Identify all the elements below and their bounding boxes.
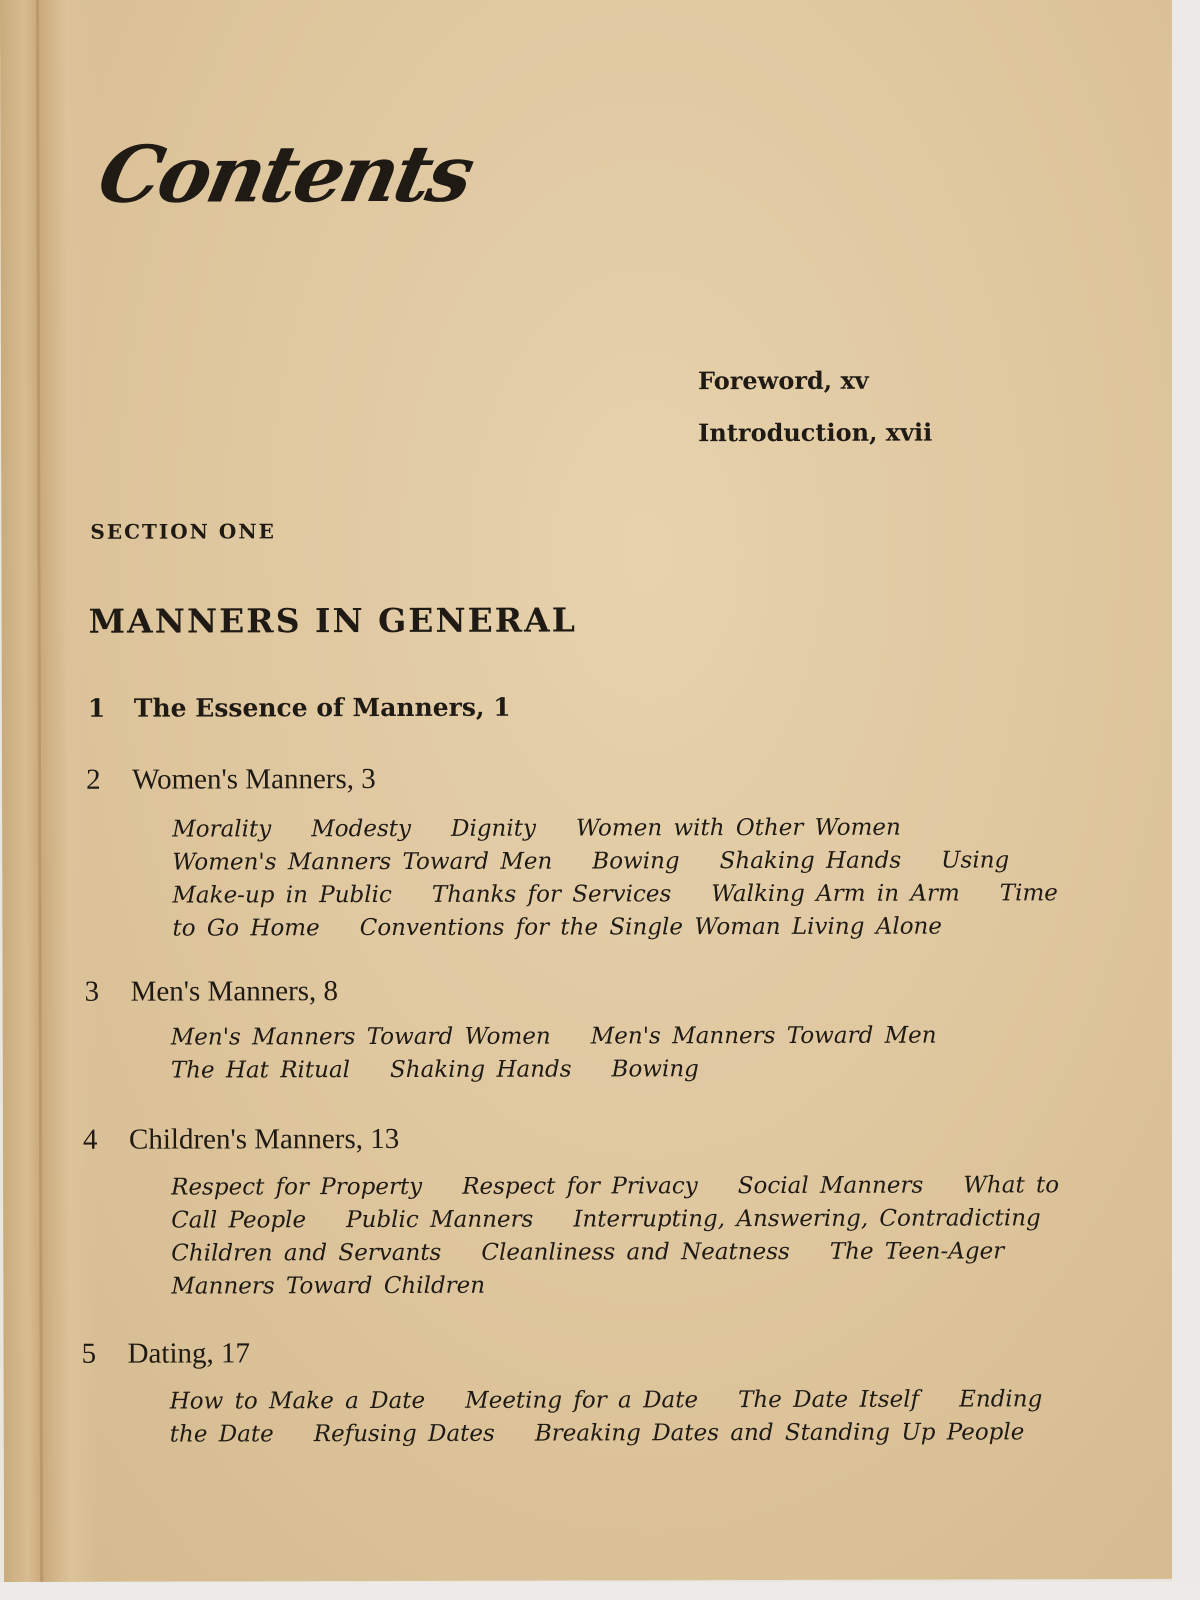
topic: Thanks for Services bbox=[432, 881, 671, 908]
toc-foreword: Foreword, xv bbox=[698, 366, 869, 395]
topic: to Go Home bbox=[172, 915, 319, 941]
chapter-number: 4 bbox=[83, 1124, 129, 1157]
topic: The Teen-Ager bbox=[830, 1238, 1004, 1264]
section-label: SECTION ONE bbox=[90, 519, 276, 543]
topic: Call People bbox=[171, 1207, 306, 1233]
topic: Meeting for a Date bbox=[465, 1387, 698, 1414]
topic: Dignity bbox=[451, 816, 536, 842]
chapter-3-topics: Men's Manners Toward WomenMen's Manners … bbox=[171, 1019, 977, 1087]
topic: the Date bbox=[170, 1421, 274, 1447]
topic: Bowing bbox=[612, 1056, 699, 1082]
chapter-1: 1The Essence of Manners, 1 bbox=[88, 693, 511, 723]
topic: Refusing Dates bbox=[314, 1421, 495, 1447]
topic: Interrupting, Answering, Contradicting bbox=[573, 1205, 1040, 1232]
chapter-number: 2 bbox=[86, 764, 132, 797]
topic: Shaking Hands bbox=[390, 1057, 572, 1083]
topic: Using bbox=[941, 847, 1009, 873]
background-surface-bottom bbox=[0, 1582, 1200, 1600]
topic: What to bbox=[963, 1172, 1059, 1198]
chapter-title: Children's Manners, 13 bbox=[129, 1123, 399, 1156]
topic: The Date Itself bbox=[738, 1387, 919, 1413]
chapter-number: 3 bbox=[85, 976, 131, 1009]
chapter-title: Men's Manners, 8 bbox=[131, 975, 338, 1008]
background-surface bbox=[1172, 0, 1200, 1600]
topic: Walking Arm in Arm bbox=[711, 880, 960, 907]
topic: Bowing bbox=[592, 848, 679, 874]
topic: Women's Manners Toward Men bbox=[172, 849, 552, 876]
topic: Women with Other Women bbox=[576, 815, 901, 842]
chapter-2-topics: MoralityModestyDignityWomen with Other W… bbox=[172, 811, 1098, 945]
chapter-4-topics: Respect for PropertyRespect for PrivacyS… bbox=[171, 1169, 1099, 1303]
chapter-title: Women's Manners, 3 bbox=[132, 763, 376, 796]
chapter-5-topics: How to Make a DateMeeting for a DateThe … bbox=[170, 1383, 1083, 1451]
chapter-number: 1 bbox=[88, 694, 134, 723]
topic: Cleanliness and Neatness bbox=[481, 1239, 790, 1266]
topic: Respect for Property bbox=[171, 1174, 422, 1201]
section-title: MANNERS IN GENERAL bbox=[89, 600, 577, 640]
chapter-3: 3Men's Manners, 8 bbox=[85, 975, 338, 1009]
page-title: Contents bbox=[91, 129, 479, 221]
topic: Children and Servants bbox=[171, 1240, 441, 1267]
topic: Time bbox=[1000, 880, 1058, 906]
chapter-5: 5Dating, 17 bbox=[82, 1337, 251, 1370]
book-page: Contents Foreword, xv Introduction, xvii… bbox=[0, 0, 1176, 1582]
topic: Modesty bbox=[311, 816, 411, 842]
topic: Men's Manners Toward Men bbox=[591, 1023, 937, 1050]
chapter-number: 5 bbox=[82, 1338, 128, 1371]
chapter-title: The Essence of Manners, 1 bbox=[134, 693, 511, 723]
chapter-title: Dating, 17 bbox=[128, 1337, 251, 1369]
topic: Respect for Privacy bbox=[462, 1173, 698, 1200]
topic: Morality bbox=[172, 816, 271, 842]
topic: Manners Toward Children bbox=[171, 1273, 485, 1300]
toc-introduction: Introduction, xvii bbox=[698, 418, 932, 448]
chapter-4: 4Children's Manners, 13 bbox=[83, 1123, 399, 1157]
topic: Social Manners bbox=[738, 1173, 924, 1199]
topic: Ending bbox=[959, 1386, 1042, 1412]
topic: How to Make a Date bbox=[170, 1388, 426, 1415]
chapter-2: 2Women's Manners, 3 bbox=[86, 763, 376, 797]
topic: Breaking Dates and Standing Up People bbox=[535, 1419, 1025, 1446]
topic: The Hat Ritual bbox=[171, 1057, 350, 1083]
topic: Conventions for the Single Woman Living … bbox=[360, 914, 942, 942]
topic: Make-up in Public bbox=[172, 882, 392, 909]
topic: Shaking Hands bbox=[720, 848, 902, 874]
topic: Public Manners bbox=[346, 1207, 533, 1233]
topic: Men's Manners Toward Women bbox=[171, 1024, 551, 1051]
